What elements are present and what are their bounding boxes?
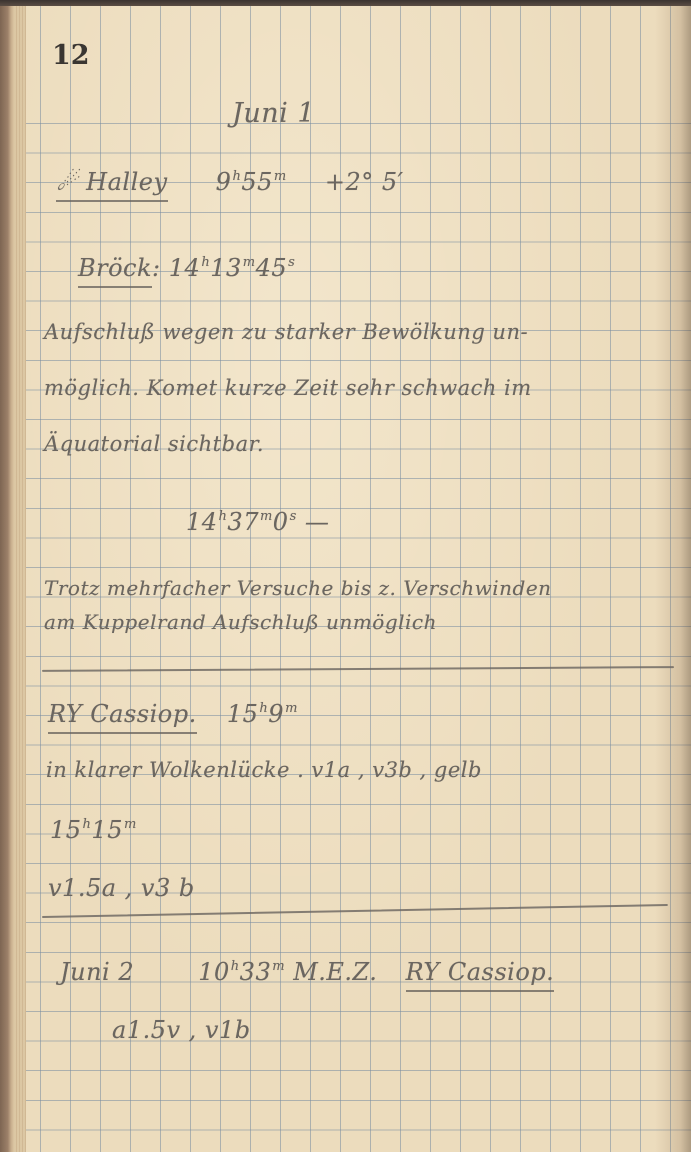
juni-2-time: 10h33m xyxy=(198,958,285,986)
ry-note-2: v1.5a , v3 b xyxy=(48,874,195,902)
halley-dec: +2° 5′ xyxy=(325,168,404,196)
ry-cas-label: RY Cassiop. xyxy=(48,700,197,734)
broeck-entry: Bröck: 14h13m45s xyxy=(78,254,295,282)
halley-entry: ☄ Halley 9h55m +2° 5′ xyxy=(56,168,404,196)
ry-note-1: in klarer Wolkenlücke . v1a , v3b , gelb xyxy=(46,758,482,782)
halley-ra: 9h55m xyxy=(216,168,287,196)
note-1-line-2: möglich. Komet kurze Zeit sehr schwach i… xyxy=(44,376,532,400)
broeck-label: Bröck xyxy=(78,254,152,288)
page-curl-shadow xyxy=(655,0,691,1152)
cover-edge xyxy=(0,0,691,6)
juni-2-date: Juni 2 xyxy=(60,958,134,986)
note-1-line-1: Aufschluß wegen zu starker Bewölkung un- xyxy=(44,320,528,344)
note-1-line-3: Äquatorial sichtbar. xyxy=(44,432,264,456)
note-2-line-1: Trotz mehrfacher Versuche bis z. Verschw… xyxy=(44,576,552,600)
page-edges xyxy=(14,0,26,1152)
ry-time-2: 15h15m xyxy=(50,816,137,844)
juni-2-zone: M.E.Z. xyxy=(293,958,377,986)
note-2-line-2: am Kuppelrand Aufschluß unmöglich xyxy=(44,610,437,634)
ry-note-3: a1.5v , v1b xyxy=(112,1016,251,1044)
date-heading-juni-1: Juni 1 xyxy=(232,98,315,129)
page-number: 12 xyxy=(52,40,90,71)
book-binding xyxy=(0,0,14,1152)
ry-cas-entry-1: RY Cassiop. 15h9m xyxy=(48,700,298,728)
juni-2-entry: Juni 2 10h33m M.E.Z. RY Cassiop. xyxy=(60,958,554,986)
juni-2-object: RY Cassiop. xyxy=(406,958,555,992)
halley-label: ☄ Halley xyxy=(56,168,168,202)
comet-icon: ☄ xyxy=(56,168,78,196)
time-entry-2: 14h37m0s — xyxy=(186,508,329,536)
